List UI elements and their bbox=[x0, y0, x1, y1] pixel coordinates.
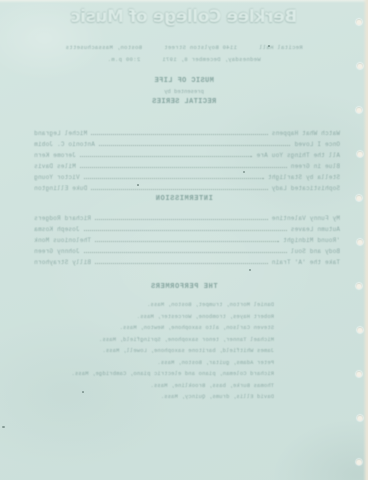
scan-edge-right bbox=[363, 0, 368, 480]
piece-title: Watch What Happens bbox=[272, 130, 340, 137]
piece-title: My Funny Valentine bbox=[272, 215, 340, 222]
piece-title: Body and Soul bbox=[291, 248, 340, 255]
dotted-leader bbox=[95, 241, 279, 242]
program-row: 'Round Midnight Thelonious Monk bbox=[34, 233, 340, 244]
program-row: Sophisticated Lady Duke Ellington bbox=[34, 181, 340, 192]
composer-name: Antonio C. Jobim bbox=[34, 141, 95, 148]
scan-edge-top bbox=[0, 0, 368, 3]
dotted-leader bbox=[84, 252, 287, 253]
program-subtitle: presented by bbox=[0, 88, 368, 95]
paper-speck bbox=[137, 184, 139, 186]
composer-name: Joseph Kosma bbox=[34, 226, 80, 233]
dotted-leader bbox=[80, 156, 253, 157]
program-row: My Funny Valentine Richard Rodgers bbox=[34, 211, 340, 222]
composer-name: Duke Ellington bbox=[34, 185, 87, 192]
punch-hole bbox=[356, 283, 362, 289]
masthead-bleedthrough: Berklee College of Music bbox=[0, 7, 368, 27]
venue-line: Recital Hall 1140 Boylston Street Boston… bbox=[0, 44, 368, 51]
piece-title: Stella by Starlight bbox=[268, 174, 340, 181]
program-row: Blue in Green Miles Davis bbox=[34, 159, 340, 170]
dotted-leader bbox=[84, 178, 264, 179]
paper-speck bbox=[243, 171, 245, 173]
composer-name: Miles Davis bbox=[34, 163, 76, 170]
piece-title: Take the 'A' Train bbox=[272, 259, 340, 266]
performer-row: Robert Hayes, trombone, Worcester, Mass. bbox=[78, 312, 274, 324]
dotted-leader bbox=[91, 134, 267, 135]
performer-row: Daniel Morton, trumpet, Boston, Mass. bbox=[78, 300, 274, 312]
program-row: Take the 'A' Train Billy Strayhorn bbox=[34, 255, 340, 266]
piece-title: Autumn Leaves bbox=[291, 226, 340, 233]
punch-hole bbox=[356, 19, 362, 25]
performer-row: James Whitfield, baritone saxophone, Low… bbox=[78, 346, 274, 358]
piece-title: Sophisticated Lady bbox=[272, 185, 340, 192]
dotted-leader bbox=[95, 219, 268, 220]
composer-name: Thelonious Monk bbox=[34, 237, 91, 244]
punch-hole bbox=[357, 63, 363, 69]
performer-row: David Ellis, drums, Quincy, Mass. bbox=[78, 392, 274, 404]
performers-heading: THE PERFORMERS bbox=[0, 283, 368, 291]
dotted-leader bbox=[80, 167, 287, 168]
punch-hole bbox=[357, 239, 363, 245]
punch-hole bbox=[356, 459, 362, 465]
paper-speck bbox=[82, 391, 84, 393]
punch-hole bbox=[356, 107, 362, 113]
program-row: Watch What Happens Michel Legrand bbox=[34, 126, 340, 137]
piece-title: All the Things You Are bbox=[256, 152, 340, 159]
piece-title: Blue in Green bbox=[291, 163, 340, 170]
program-row: Stella by Starlight Victor Young bbox=[34, 170, 340, 181]
performer-row: Steven Carlson, alto saxophone, Newton, … bbox=[78, 323, 274, 335]
composer-name: Michel Legrand bbox=[34, 130, 87, 137]
bleedthrough-layer: Berklee College of Music Recital Hall 11… bbox=[0, 0, 368, 480]
composer-name: Jerome Kern bbox=[34, 152, 76, 159]
punch-hole bbox=[356, 195, 362, 201]
performers-list: Daniel Morton, trumpet, Boston, Mass. Ro… bbox=[78, 300, 274, 404]
composer-name: Billy Strayhorn bbox=[34, 259, 91, 266]
dotted-leader bbox=[95, 263, 268, 264]
dotted-leader bbox=[99, 145, 291, 146]
program-title: MUSIC OF LIFE bbox=[0, 77, 368, 85]
intermission-label: INTERMISSION bbox=[0, 195, 368, 203]
punch-hole bbox=[356, 371, 362, 377]
paper-speck bbox=[2, 426, 5, 428]
program-row: Once I Loved Antonio C. Jobim bbox=[34, 137, 340, 148]
paper-speck bbox=[268, 45, 270, 47]
punch-hole bbox=[357, 415, 363, 421]
dotted-leader bbox=[91, 189, 267, 190]
punch-hole bbox=[357, 327, 363, 333]
composer-name: Richard Rodgers bbox=[34, 215, 91, 222]
piece-title: Once I Loved bbox=[294, 141, 340, 148]
performer-row: Peter Adams, guitar, Boston, Mass. bbox=[78, 358, 274, 370]
program-row: Body and Soul Johnny Green bbox=[34, 244, 340, 255]
performer-row: Michael Tanner, tenor saxophone, Springf… bbox=[78, 335, 274, 347]
performer-row: Thomas Burke, bass, Brookline, Mass. bbox=[78, 381, 274, 393]
program-row: All the Things You Are Jerome Kern bbox=[34, 148, 340, 159]
program-subtitle-2: RECITAL SERIES bbox=[0, 98, 368, 106]
program-list-part1: Watch What Happens Michel Legrand Once I… bbox=[34, 126, 340, 192]
program-list-part2: My Funny Valentine Richard Rodgers Autum… bbox=[34, 211, 340, 266]
program-row: Autumn Leaves Joseph Kosma bbox=[34, 222, 340, 233]
punch-hole bbox=[357, 151, 363, 157]
composer-name: Johnny Green bbox=[34, 248, 80, 255]
scanned-program-page: Berklee College of Music Recital Hall 11… bbox=[0, 0, 368, 480]
dotted-leader bbox=[84, 230, 287, 231]
paper-speck bbox=[249, 269, 251, 271]
date-line: Wednesday, December 8, 1971 2:00 p.m. bbox=[0, 56, 368, 63]
composer-name: Victor Young bbox=[34, 174, 80, 181]
piece-title: 'Round Midnight bbox=[283, 237, 340, 244]
performer-row: Richard Coleman, piano and electric pian… bbox=[78, 369, 274, 381]
